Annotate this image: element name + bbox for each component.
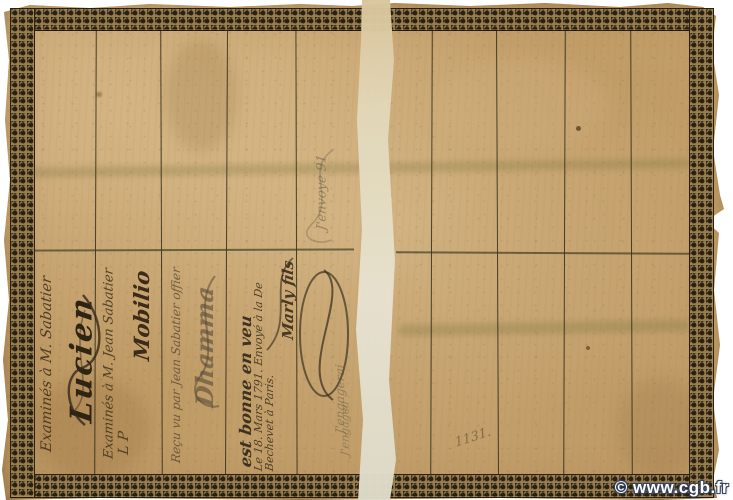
handwriting-col1-memo: Examinés à M. Sabatier xyxy=(39,260,55,468)
ornamental-border-right xyxy=(689,8,714,498)
ornamental-border-left xyxy=(10,8,35,498)
handwriting-col3-memo: Reçu vu par Jean Sabatier offier xyxy=(169,260,183,470)
light-patch xyxy=(430,60,610,150)
handwriting-col4-place: Bechevet à Paris. xyxy=(263,383,276,472)
pencil-flourish xyxy=(293,140,343,250)
handwriting-col2-memo: Examinés à M. Jean Sabatier xyxy=(102,256,117,470)
signature-flourish xyxy=(185,268,225,418)
cgb-watermark: © www.cgb.fr xyxy=(615,478,729,498)
ink-spot xyxy=(586,346,590,350)
ink-spot xyxy=(576,126,581,131)
handwriting-col2-word: Mobilio xyxy=(129,266,154,365)
handwriting-col2-paraph: L P xyxy=(116,418,132,468)
pencil-scribble-bottom: J'engagea xyxy=(339,389,352,469)
scan-background: Examinés à M. Sabatier Lucien Examinés à… xyxy=(0,0,733,500)
